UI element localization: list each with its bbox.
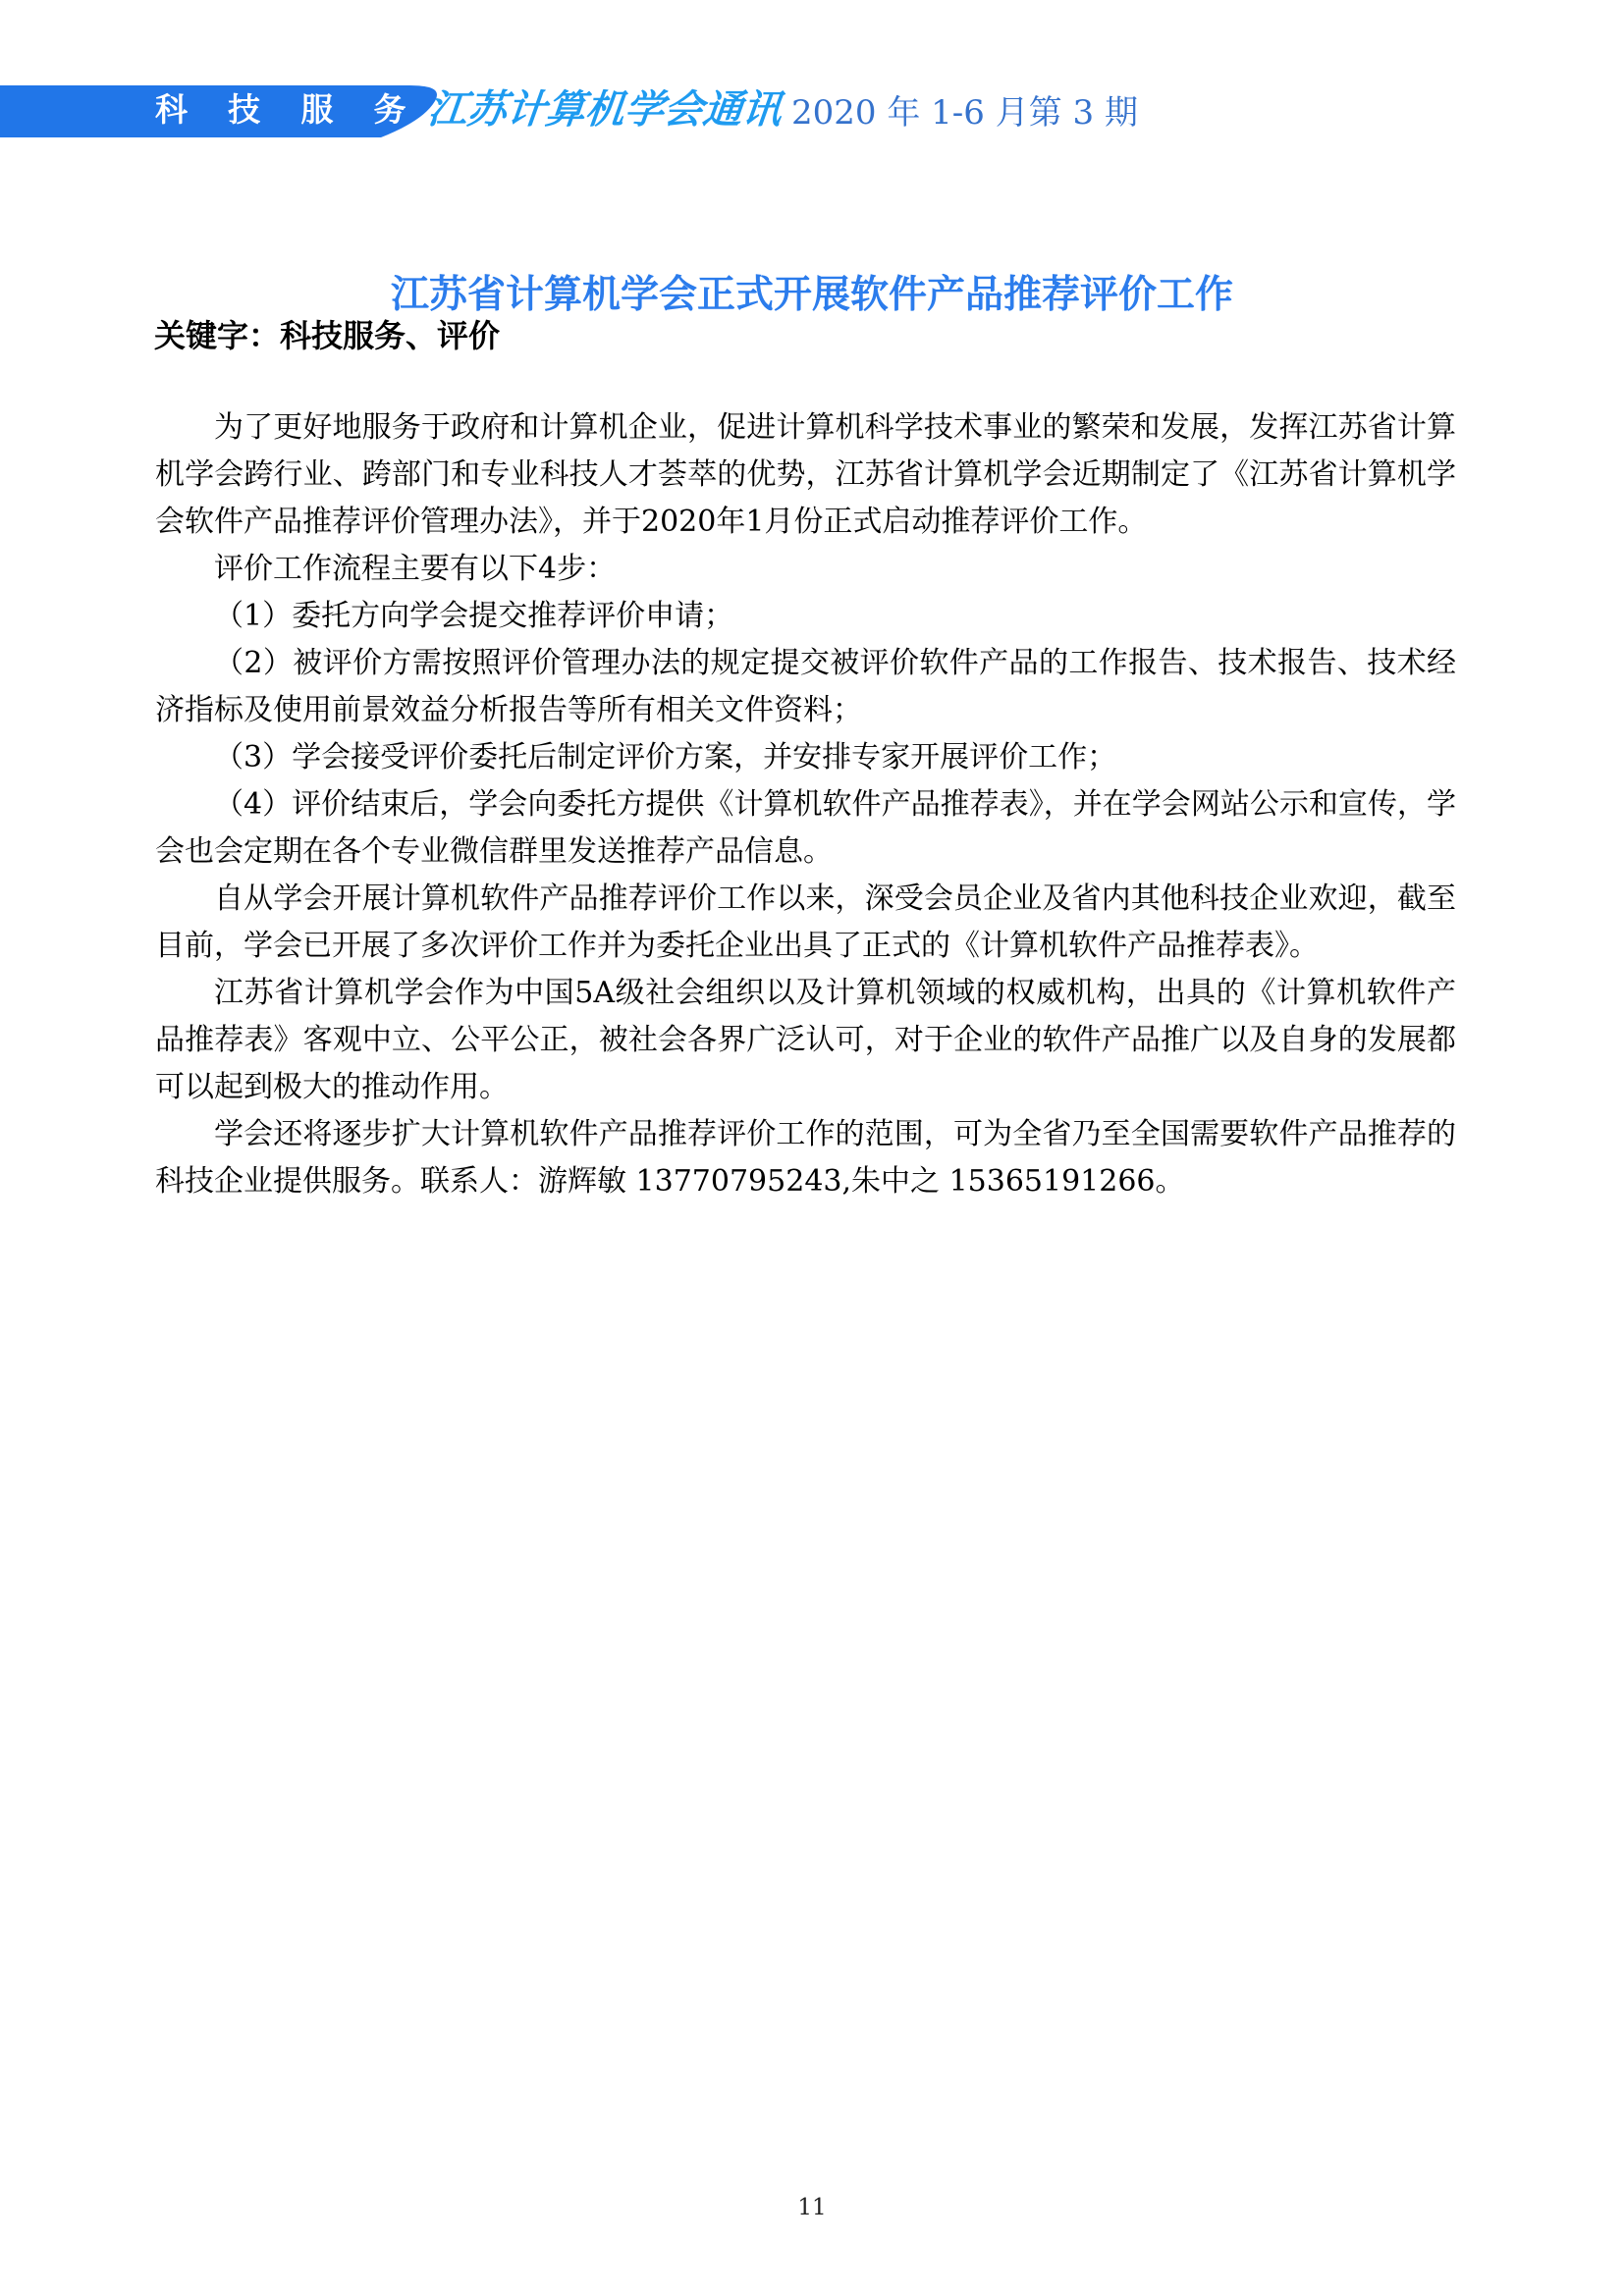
body-paragraph: （1）委托方向学会提交推荐评价申请； xyxy=(155,593,1456,640)
page-number: 11 xyxy=(0,2197,1624,2219)
article-title: 江苏省计算机学会正式开展软件产品推荐评价工作 xyxy=(0,273,1624,319)
body-paragraph: 自从学会开展计算机软件产品推荐评价工作以来，深受会员企业及省内其他科技企业欢迎，… xyxy=(155,876,1456,970)
body-paragraph: （2）被评价方需按照评价管理办法的规定提交被评价软件产品的工作报告、技术报告、技… xyxy=(155,640,1456,734)
newsletter-title: 江苏计算机学会通讯 xyxy=(426,90,784,130)
document-page: 科 技 服 务 江苏计算机学会通讯 2020 年 1-6 月第 3 期 江苏省计… xyxy=(0,0,1624,2296)
body-paragraph: 为了更好地服务于政府和计算机企业，促进计算机科学技术事业的繁荣和发展，发挥江苏省… xyxy=(155,404,1456,546)
body-paragraph: 江苏省计算机学会作为中国5A级社会组织以及计算机领域的权威机构，出具的《计算机软… xyxy=(155,970,1456,1111)
keywords-line: 关键字：科技服务、评价 xyxy=(154,320,500,351)
body-paragraph: 学会还将逐步扩大计算机软件产品推荐评价工作的范围，可为全省乃至全国需要软件产品推… xyxy=(155,1111,1456,1205)
issue-info: 2020 年 1-6 月第 3 期 xyxy=(791,96,1138,130)
body-paragraph: （3）学会接受评价委托后制定评价方案，并安排专家开展评价工作； xyxy=(155,734,1456,781)
body-paragraph: （4）评价结束后，学会向委托方提供《计算机软件产品推荐表》，并在学会网站公示和宣… xyxy=(155,781,1456,876)
body-paragraph: 评价工作流程主要有以下4步： xyxy=(155,546,1456,593)
banner-section-label: 科 技 服 务 xyxy=(155,93,422,126)
article-body: 为了更好地服务于政府和计算机企业，促进计算机科学技术事业的繁荣和发展，发挥江苏省… xyxy=(155,404,1456,1205)
header-banner: 科 技 服 务 xyxy=(0,85,452,137)
